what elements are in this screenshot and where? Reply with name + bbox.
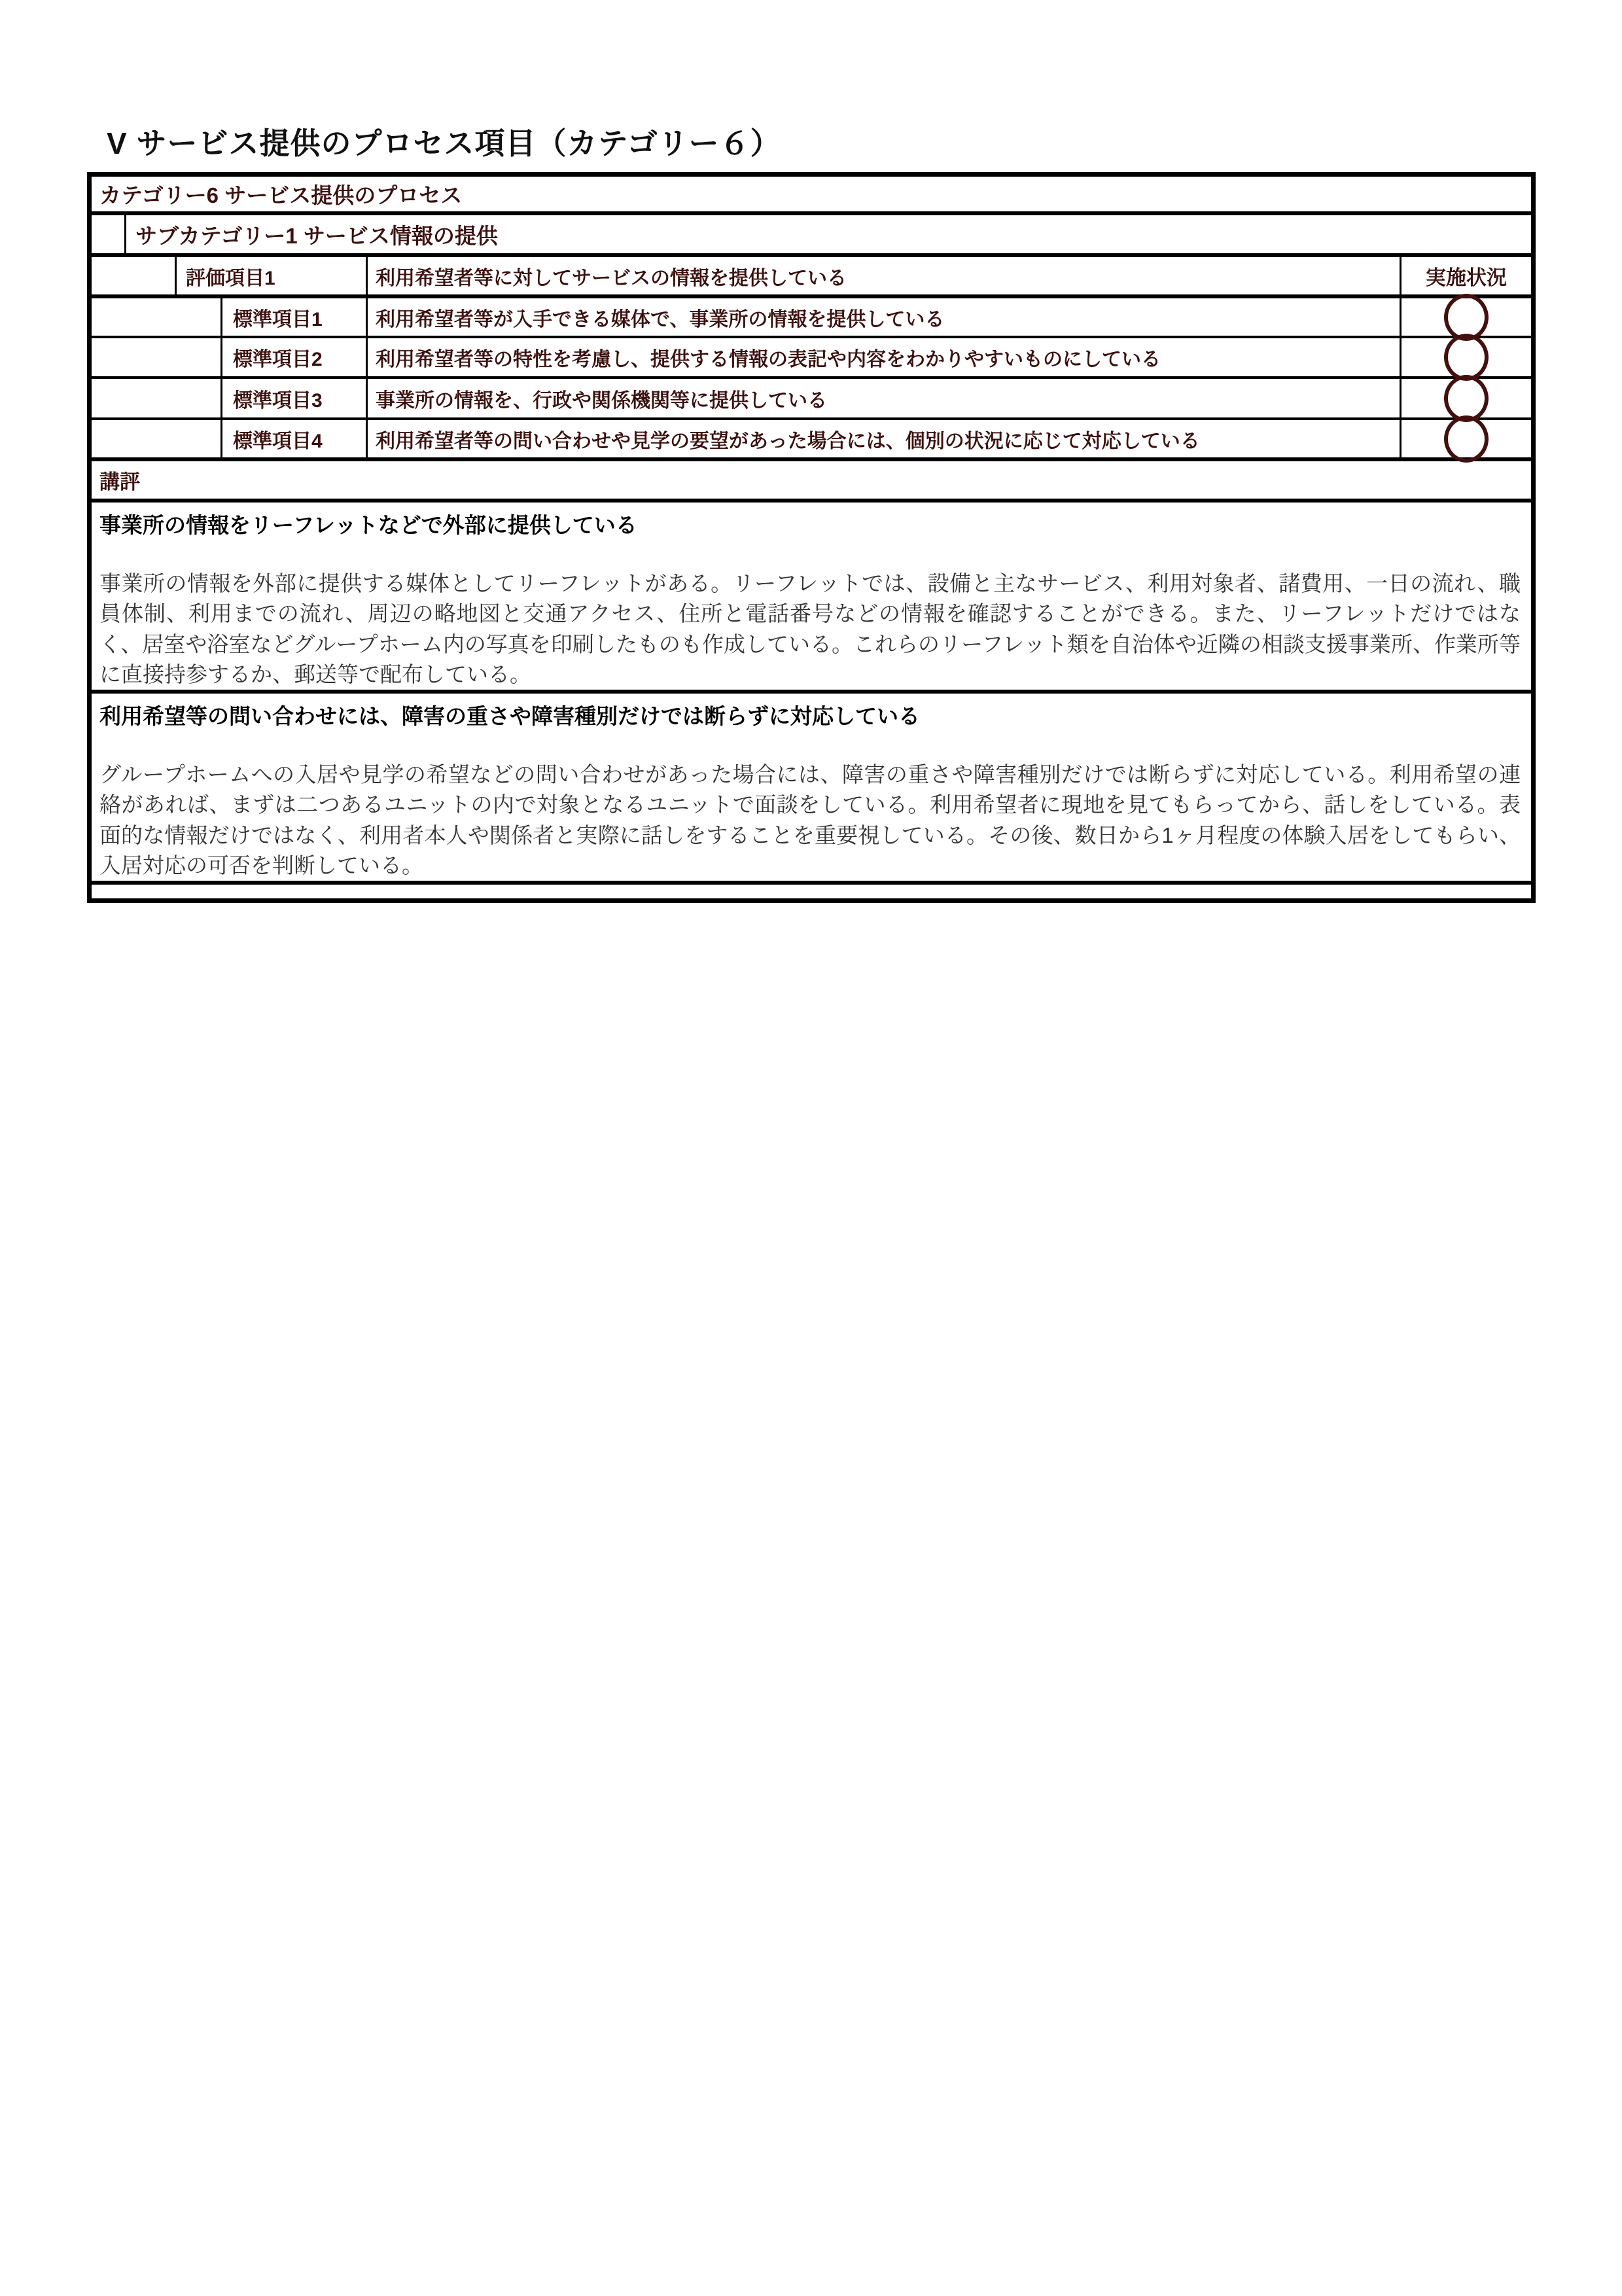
standard-item-label: 標準項目3 xyxy=(222,379,368,417)
standard-item-description: 利用希望者等が入手できる媒体で、事業所の情報を提供している xyxy=(368,298,1402,336)
review-section-row: 利用希望等の問い合わせには、障害の重さや障害種別だけでは断らずに対応している グ… xyxy=(92,694,1531,885)
review-header-cell: 講評 xyxy=(92,461,1531,499)
standard-item-row: 標準項目3 事業所の情報を、行政や関係機関等に提供している xyxy=(92,379,1531,420)
status-circle-icon xyxy=(1444,334,1489,381)
review-section-heading: 利用希望等の問い合わせには、障害の重さや障害種別だけでは断らずに対応している xyxy=(99,703,1521,730)
review-section-heading: 事業所の情報をリーフレットなどで外部に提供している xyxy=(99,512,1521,539)
evaluation-item-description: 利用希望者等に対してサービスの情報を提供している xyxy=(368,257,1402,294)
status-circle-icon xyxy=(1444,415,1489,463)
standard-item-description: 利用希望者等の特性を考慮し、提供する情報の表記や内容をわかりやすいものにしている xyxy=(368,338,1402,376)
indent-cell xyxy=(92,257,177,294)
review-section-body: 事業所の情報を外部に提供する媒体としてリーフレットがある。リーフレットでは、設備… xyxy=(99,569,1521,690)
evaluation-item-label: 評価項目1 xyxy=(177,257,368,294)
category-header-cell: カテゴリー6 サービス提供のプロセス xyxy=(92,177,1531,211)
evaluation-table: カテゴリー6 サービス提供のプロセス サブカテゴリー1 サービス情報の提供 評価… xyxy=(87,172,1536,903)
standard-item-label: 標準項目2 xyxy=(222,338,368,376)
review-section-cell: 事業所の情報をリーフレットなどで外部に提供している 事業所の情報を外部に提供する… xyxy=(92,503,1531,690)
review-section-cell: 利用希望等の問い合わせには、障害の重さや障害種別だけでは断らずに対応している グ… xyxy=(92,694,1531,881)
indent-cell xyxy=(92,215,126,253)
standard-item-description: 利用希望者等の問い合わせや見学の要望があった場合には、個別の状況に応じて対応して… xyxy=(368,420,1402,457)
empty-footer-cell xyxy=(92,885,1531,898)
indent-cell xyxy=(92,338,222,376)
standard-item-label: 標準項目1 xyxy=(222,298,368,336)
indent-cell xyxy=(92,379,222,417)
status-cell xyxy=(1402,379,1531,417)
document-page: V サービス提供のプロセス項目（カテゴリー６） カテゴリー6 サービス提供のプロ… xyxy=(0,0,1622,2296)
indent-cell xyxy=(92,420,222,457)
evaluation-item-row: 評価項目1 利用希望者等に対してサービスの情報を提供している 実施状況 xyxy=(92,257,1531,298)
review-section-body: グループホームへの入居や見学の希望などの問い合わせがあった場合には、障害の重さや… xyxy=(99,760,1521,881)
page-title: V サービス提供のプロセス項目（カテゴリー６） xyxy=(107,120,781,163)
status-cell xyxy=(1402,338,1531,376)
status-cell xyxy=(1402,420,1531,457)
standard-item-row: 標準項目1 利用希望者等が入手できる媒体で、事業所の情報を提供している xyxy=(92,298,1531,338)
review-header-row: 講評 xyxy=(92,461,1531,503)
review-section-row: 事業所の情報をリーフレットなどで外部に提供している 事業所の情報を外部に提供する… xyxy=(92,503,1531,694)
indent-cell xyxy=(92,298,222,336)
subcategory-header-cell: サブカテゴリー1 サービス情報の提供 xyxy=(126,215,1531,253)
status-cell xyxy=(1402,298,1531,336)
empty-footer-row xyxy=(92,885,1531,898)
standard-item-row: 標準項目2 利用希望者等の特性を考慮し、提供する情報の表記や内容をわかりやすいも… xyxy=(92,338,1531,379)
status-column-header: 実施状況 xyxy=(1402,257,1531,294)
standard-item-description: 事業所の情報を、行政や関係機関等に提供している xyxy=(368,379,1402,417)
category-header-row: カテゴリー6 サービス提供のプロセス xyxy=(92,177,1531,215)
standard-item-row: 標準項目4 利用希望者等の問い合わせや見学の要望があった場合には、個別の状況に応… xyxy=(92,420,1531,461)
subcategory-header-row: サブカテゴリー1 サービス情報の提供 xyxy=(92,215,1531,257)
standard-item-label: 標準項目4 xyxy=(222,420,368,457)
